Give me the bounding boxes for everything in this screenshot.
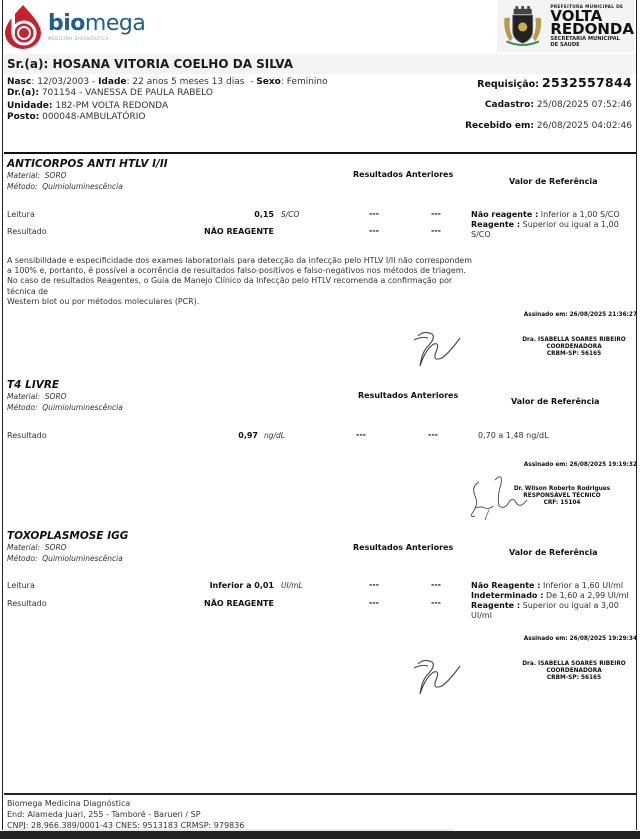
result-unit: ng/dL — [264, 431, 285, 440]
exam-title-t4: T4 LIVRE — [7, 379, 59, 391]
footer-address: End: Alameda Juari, 255 - Tamboré - Baru… — [7, 809, 244, 820]
signature-image — [410, 322, 465, 372]
exam-material-toxo: Material: SORO — [7, 543, 67, 553]
footer-company: Biomega Medicina Diagnóstica — [7, 798, 244, 809]
patient-info: Nasc: 12/03/2003 - Idade: 22 anos 5 mese… — [7, 77, 328, 123]
row-label: Resultado — [7, 227, 47, 236]
reference-values-t4: 0,70 a 1,48 ng/dL — [478, 431, 549, 440]
exam-material-htlv: Material: SORO — [7, 171, 67, 181]
exam-method-t4: Método: Quimioluminescência — [7, 403, 123, 413]
signed-at: Assinado em: 26/08/2025 19:19:32 — [524, 462, 637, 468]
reference-header: Valor de Referência — [509, 548, 598, 557]
row-label: Leitura — [7, 581, 35, 590]
patient-demographics: Nasc: 12/03/2003 - Idade: 22 anos 5 mese… — [7, 77, 328, 88]
post: Posto: 000048-AMBULATÓRIO — [7, 112, 328, 123]
gov-logo-sec2: DE SAUDE — [550, 42, 634, 48]
previous-result-1: --- — [356, 430, 366, 439]
reference-values-htlv: Não reagente : Inferior a 1,00 S/CO Reag… — [471, 210, 636, 240]
exam-method-htlv: Método: Quimioluminescência — [7, 182, 123, 192]
exam-material-t4: Material: SORO — [7, 392, 67, 402]
gov-logo-line2: REDONDA — [550, 23, 634, 36]
footer: Biomega Medicina Diagnóstica End: Alamed… — [7, 798, 244, 831]
result-value: NÃO REAGENTE — [204, 599, 274, 608]
city-crest-icon — [501, 3, 544, 49]
request-number: Requisição: 2532557844 — [477, 75, 632, 90]
previous-result-1: --- — [369, 580, 379, 589]
result-value: NÃO REAGENTE — [204, 227, 274, 236]
result-value: 0,15 — [254, 210, 274, 219]
exam-method-toxo: Método: Quimioluminescência — [7, 554, 123, 564]
signer-block: Dra. ISABELLA SOARES RIBEIRO COORDENADOR… — [509, 337, 639, 358]
registration-date: Cadastro: 25/08/2025 07:52:46 — [485, 100, 632, 110]
received-date: Recebido em: 26/08/2025 04:02:46 — [465, 121, 632, 131]
row-label: Resultado — [7, 599, 47, 608]
result-unit: S/CO — [281, 210, 299, 219]
biomega-tagline: MEDICINA DIAGNÓSTICA — [48, 36, 145, 41]
reference-header: Valor de Referência — [511, 397, 600, 406]
signature-image — [410, 650, 465, 700]
previous-result-1: --- — [369, 209, 379, 218]
signer-block: Dr. Wilson Roberto Rodrigues RESPONSÁVEL… — [497, 486, 627, 507]
row-label: Resultado — [7, 431, 47, 440]
previous-results-header: Resultados Anteriores — [358, 391, 458, 400]
patient-name: Sr.(a): HOSANA VITORIA COELHO DA SILVA — [7, 57, 293, 71]
previous-result-2: --- — [431, 226, 441, 235]
signed-at: Assinado em: 26/08/2025 19:29:34 — [524, 636, 637, 642]
bottom-bar — [0, 831, 640, 839]
header-divider — [4, 152, 636, 154]
volta-redonda-logo: PREFEITURA MUNICIPAL DE VOLTA REDONDA SE… — [497, 0, 634, 52]
reference-values-toxo: Não Reagente : Inferior a 1,60 UI/ml Ind… — [471, 581, 636, 621]
footer-divider — [4, 793, 636, 795]
htlv-note: A sensibilidade e especificidade dos exa… — [7, 256, 477, 307]
exam-title-htlv: ANTICORPOS ANTI HTLV I/II — [7, 158, 168, 170]
previous-result-2: --- — [431, 580, 441, 589]
biomega-logo: biomega MEDICINA DIAGNÓSTICA — [3, 2, 153, 52]
doctor: Dr.(a): 701154 - VANESSA DE PAULA RABELO — [7, 88, 328, 99]
previous-results-header: Resultados Anteriores — [353, 543, 453, 552]
previous-result-1: --- — [369, 226, 379, 235]
result-value: Inferior a 0,01 — [210, 581, 274, 590]
signer-block: Dra. ISABELLA SOARES RIBEIRO COORDENADOR… — [509, 661, 639, 682]
previous-result-2: --- — [428, 430, 438, 439]
row-label: Leitura — [7, 210, 35, 219]
exam-title-toxo: TOXOPLASMOSE IGG — [7, 530, 128, 542]
previous-results-header: Resultados Anteriores — [353, 170, 453, 179]
biomega-drop-icon — [3, 4, 43, 50]
biomega-wordmark: biomega — [48, 13, 145, 35]
previous-result-1: --- — [369, 598, 379, 607]
result-unit: UI/mL — [281, 581, 303, 590]
previous-result-2: --- — [431, 598, 441, 607]
unit: Unidade: 182-PM VOLTA REDONDA — [7, 101, 328, 112]
signed-at: Assinado em: 26/08/2025 21:36:27 — [524, 312, 637, 318]
result-value: 0,97 — [238, 431, 258, 440]
previous-result-2: --- — [431, 209, 441, 218]
reference-header: Valor de Referência — [509, 177, 598, 186]
